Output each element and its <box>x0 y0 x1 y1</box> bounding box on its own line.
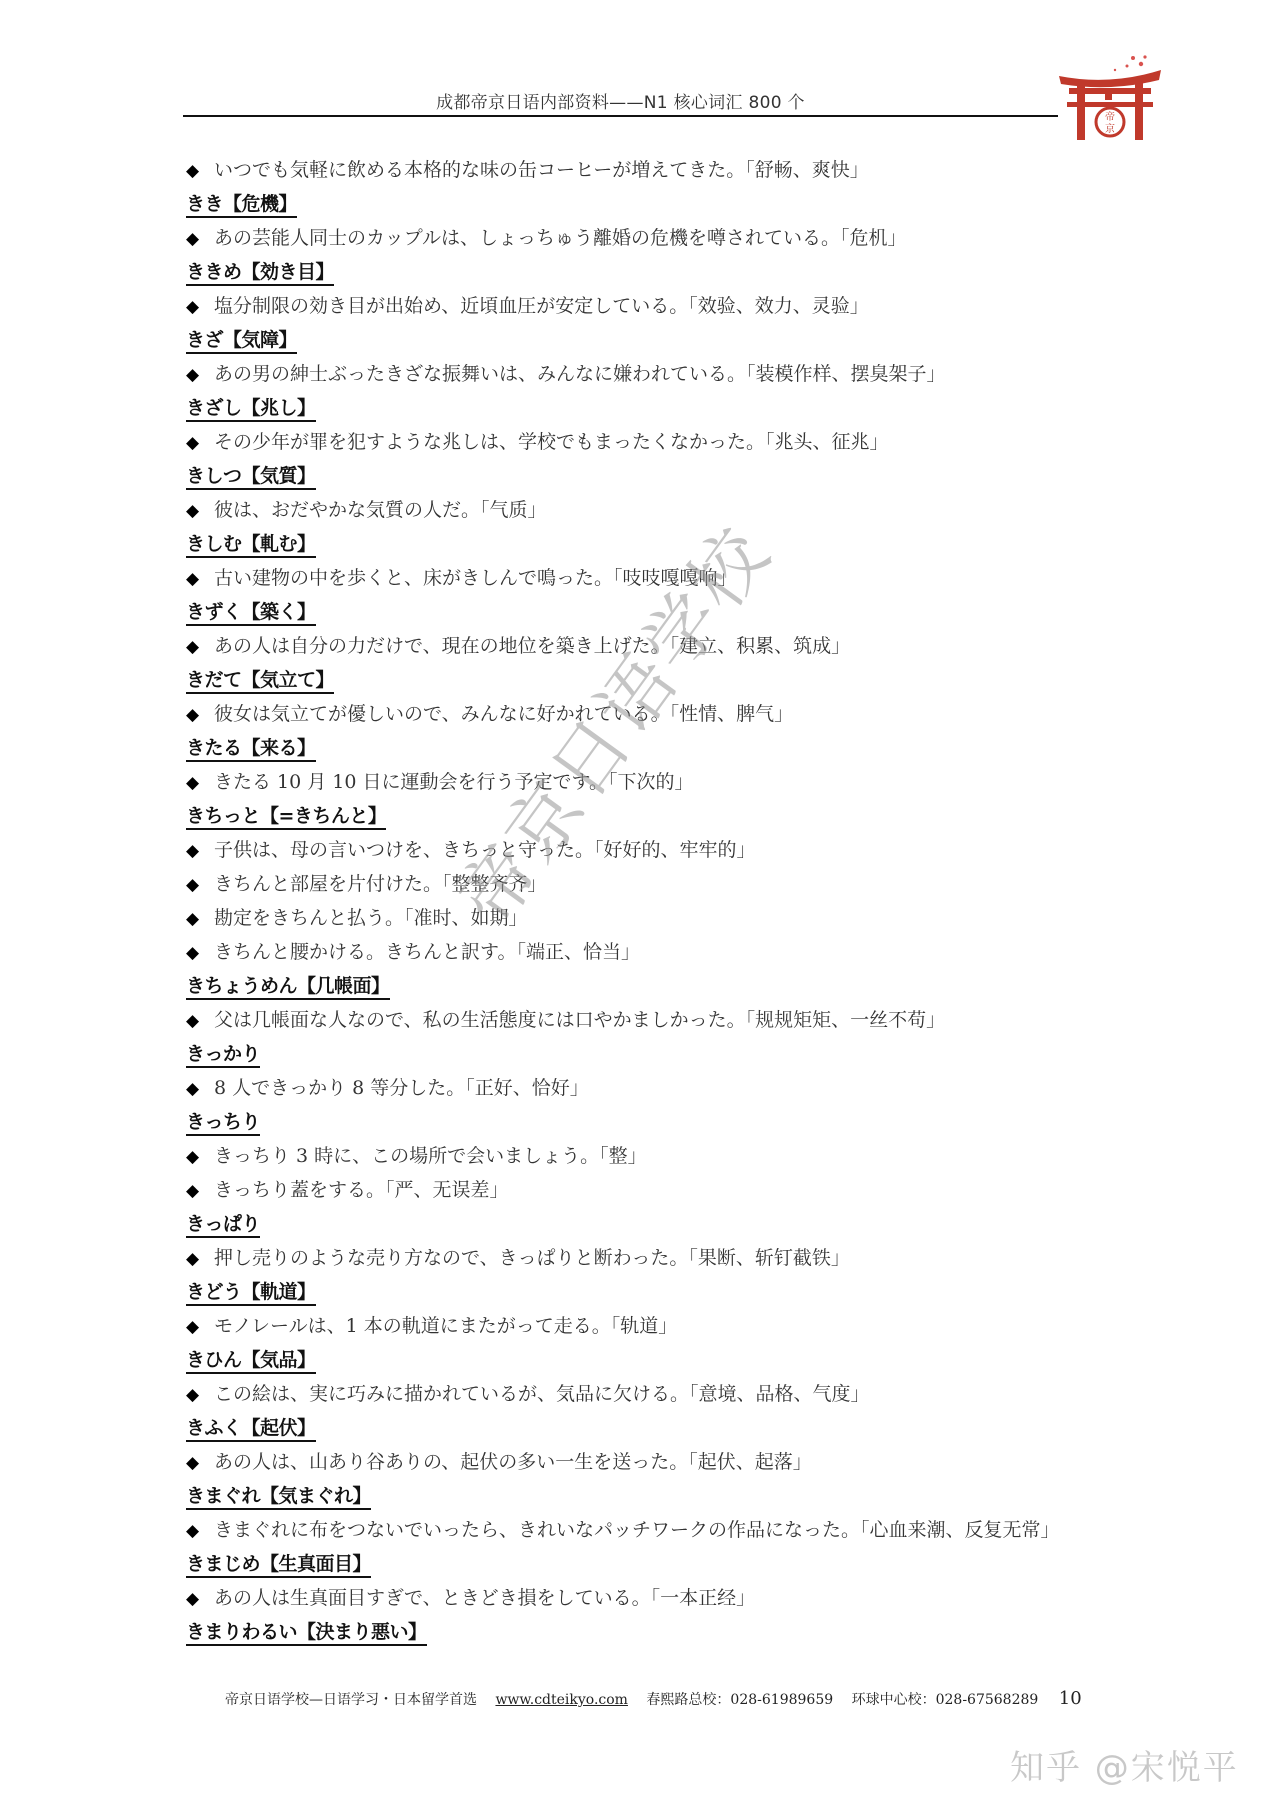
vocabulary-list: ◆いつでも気軽に飲める本格的な味の缶コーヒーが増えてきた。「舒畅、爽快」きき【危… <box>186 153 1126 1649</box>
example-sentence: この絵は、実に巧みに描かれているが、気品に欠ける。「意境、品格、气度」 <box>214 1383 870 1405</box>
vocab-headword: きっかり <box>186 1042 260 1068</box>
diamond-bullet-icon: ◆ <box>186 630 214 664</box>
example-sentence: きちんと部屋を片付けた。「整整齐齐」 <box>214 873 547 895</box>
example-sentence: 彼女は気立てが優しいので、みんなに好かれている。「性情、脾气」 <box>214 703 793 725</box>
page-footer: 帝京日语学校—日语学习・日本留学首选 www.cdteikyo.com 春熙路总… <box>225 1688 1175 1709</box>
example-sentence-row: ◆きっちり 3 時に、この場所で会いましょう。「整」 <box>186 1139 1126 1173</box>
example-sentence: きちんと腰かける。きちんと訳す。「端正、恰当」 <box>214 941 640 963</box>
vocab-headword-row: きふく【起伏】 <box>186 1411 1126 1445</box>
example-sentence-row: ◆きちんと部屋を片付けた。「整整齐齐」 <box>186 867 1126 901</box>
example-sentence-row: ◆あの人は自分の力だけで、現在の地位を築き上げた。「建立、积累、筑成」 <box>186 629 1126 663</box>
vocab-headword-row: きざし【兆し】 <box>186 391 1126 425</box>
example-sentence: あの人は生真面目すぎで、ときどき損をしている。「一本正经」 <box>214 1587 755 1609</box>
footer-school: 帝京日语学校—日语学习・日本留学首选 <box>225 1692 477 1708</box>
diamond-bullet-icon: ◆ <box>186 902 214 936</box>
diamond-bullet-icon: ◆ <box>186 1242 214 1276</box>
example-sentence: 勘定をきちんと払う。「准时、如期」 <box>214 907 528 929</box>
vocab-headword-row: きちょうめん【几帳面】 <box>186 969 1126 1003</box>
example-sentence-row: ◆きまぐれに布をつないでいったら、きれいなパッチワークの作品になった。「心血来潮… <box>186 1513 1126 1547</box>
example-sentence-row: ◆塩分制限の効き目が出始め、近頃血圧が安定している。「效验、效力、灵验」 <box>186 289 1126 323</box>
example-sentence-row: ◆あの人は生真面目すぎで、ときどき損をしている。「一本正经」 <box>186 1581 1126 1615</box>
vocab-headword: きだて【気立て】 <box>186 668 334 694</box>
vocab-headword: きずく【築く】 <box>186 600 316 626</box>
example-sentence-row: ◆あの人は、山あり谷ありの、起伏の多い一生を送った。「起伏、起落」 <box>186 1445 1126 1479</box>
example-sentence: その少年が罪を犯すような兆しは、学校でもまったくなかった。「兆头、征兆」 <box>214 431 889 453</box>
example-sentence: 彼は、おだやかな気質の人だ。「气质」 <box>214 499 547 521</box>
vocab-headword: きどう【軌道】 <box>186 1280 316 1306</box>
vocab-headword: きまりわるい【決まり悪い】 <box>186 1620 427 1646</box>
diamond-bullet-icon: ◆ <box>186 834 214 868</box>
example-sentence-row: ◆あの男の紳士ぶったきざな振舞いは、みんなに嫌われている。「装模作样、摆臭架子」 <box>186 357 1126 391</box>
vocab-headword-row: きひん【気品】 <box>186 1343 1126 1377</box>
diamond-bullet-icon: ◆ <box>186 1378 214 1412</box>
footer-campus-1: 春熙路总校：028-61989659 <box>646 1692 833 1708</box>
vocab-headword: きざ【気障】 <box>186 328 297 354</box>
vocab-headword-row: きずく【築く】 <box>186 595 1126 629</box>
example-sentence-row: ◆きたる 10 月 10 日に運動会を行う予定です。「下次的」 <box>186 765 1126 799</box>
svg-text:帝: 帝 <box>1105 110 1115 123</box>
diamond-bullet-icon: ◆ <box>186 358 214 392</box>
diamond-bullet-icon: ◆ <box>186 290 214 324</box>
zhihu-watermark: 知乎 @宋悦平 <box>1010 1740 1239 1789</box>
diamond-bullet-icon: ◆ <box>186 1514 214 1548</box>
vocab-headword: きちっと【=きちんと】 <box>186 804 386 830</box>
example-sentence: あの人は自分の力だけで、現在の地位を築き上げた。「建立、积累、筑成」 <box>214 635 850 657</box>
diamond-bullet-icon: ◆ <box>186 494 214 528</box>
vocab-headword-row: きまぐれ【気まぐれ】 <box>186 1479 1126 1513</box>
vocab-headword-row: きまじめ【生真面目】 <box>186 1547 1126 1581</box>
example-sentence: きたる 10 月 10 日に運動会を行う予定です。「下次的」 <box>214 771 694 793</box>
example-sentence: きっちり蓋をする。「严、无误差」 <box>214 1179 509 1201</box>
diamond-bullet-icon: ◆ <box>186 1582 214 1616</box>
vocab-headword-row: きっちり <box>186 1105 1126 1139</box>
vocab-headword: ききめ【効き目】 <box>186 260 334 286</box>
vocab-headword: きっちり <box>186 1110 260 1136</box>
example-sentence-row: ◆いつでも気軽に飲める本格的な味の缶コーヒーが増えてきた。「舒畅、爽快」 <box>186 153 1126 187</box>
vocab-headword: きひん【気品】 <box>186 1348 316 1374</box>
vocab-headword: きざし【兆し】 <box>186 396 316 422</box>
diamond-bullet-icon: ◆ <box>186 698 214 732</box>
vocab-headword-row: きざ【気障】 <box>186 323 1126 357</box>
diamond-bullet-icon: ◆ <box>186 1072 214 1106</box>
diamond-bullet-icon: ◆ <box>186 1140 214 1174</box>
diamond-bullet-icon: ◆ <box>186 1310 214 1344</box>
diamond-bullet-icon: ◆ <box>186 562 214 596</box>
teikyo-torii-logo-icon: 帝 京 <box>1055 52 1165 142</box>
vocab-headword-row: きどう【軌道】 <box>186 1275 1126 1309</box>
vocab-headword-row: きしむ【軋む】 <box>186 527 1126 561</box>
example-sentence-row: ◆モノレールは、1 本の軌道にまたがって走る。「轨道」 <box>186 1309 1126 1343</box>
vocab-headword: きちょうめん【几帳面】 <box>186 974 390 1000</box>
vocab-headword-row: きき【危機】 <box>186 187 1126 221</box>
example-sentence: あの男の紳士ぶったきざな振舞いは、みんなに嫌われている。「装模作样、摆臭架子」 <box>214 363 946 385</box>
example-sentence: きまぐれに布をつないでいったら、きれいなパッチワークの作品になった。「心血来潮、… <box>214 1519 1060 1541</box>
vocab-headword: きふく【起伏】 <box>186 1416 316 1442</box>
example-sentence-row: ◆彼女は気立てが優しいので、みんなに好かれている。「性情、脾气」 <box>186 697 1126 731</box>
vocab-headword-row: きたる【来る】 <box>186 731 1126 765</box>
example-sentence: モノレールは、1 本の軌道にまたがって走る。「轨道」 <box>214 1315 677 1337</box>
example-sentence-row: ◆きちんと腰かける。きちんと訳す。「端正、恰当」 <box>186 935 1126 969</box>
example-sentence-row: ◆押し売りのような売り方なので、きっぱりと断わった。「果断、斩钉截铁」 <box>186 1241 1126 1275</box>
example-sentence: 父は几帳面な人なので、私の生活態度には口やかましかった。「规规矩矩、一丝不苟」 <box>214 1009 945 1031</box>
page-number: 10 <box>1059 1688 1082 1709</box>
vocab-headword: きたる【来る】 <box>186 736 316 762</box>
example-sentence-row: ◆この絵は、実に巧みに描かれているが、気品に欠ける。「意境、品格、气度」 <box>186 1377 1126 1411</box>
vocab-headword: きき【危機】 <box>186 192 297 218</box>
diamond-bullet-icon: ◆ <box>186 426 214 460</box>
footer-campus-2: 环球中心校：028-67568289 <box>852 1692 1039 1708</box>
svg-text:京: 京 <box>1105 122 1115 135</box>
vocab-headword: きまぐれ【気まぐれ】 <box>186 1484 371 1510</box>
vocab-headword-row: ききめ【効き目】 <box>186 255 1126 289</box>
footer-website-link[interactable]: www.cdteikyo.com <box>495 1692 628 1708</box>
vocab-headword-row: きっかり <box>186 1037 1126 1071</box>
example-sentence: 押し売りのような売り方なので、きっぱりと断わった。「果断、斩钉截铁」 <box>214 1247 850 1269</box>
example-sentence-row: ◆彼は、おだやかな気質の人だ。「气质」 <box>186 493 1126 527</box>
diamond-bullet-icon: ◆ <box>186 1004 214 1038</box>
vocab-headword-row: きしつ【気質】 <box>186 459 1126 493</box>
diamond-bullet-icon: ◆ <box>186 154 214 188</box>
diamond-bullet-icon: ◆ <box>186 766 214 800</box>
vocab-headword-row: きだて【気立て】 <box>186 663 1126 697</box>
vocab-headword: きしつ【気質】 <box>186 464 316 490</box>
example-sentence: 子供は、母の言いつけを、きちっと守った。「好好的、牢牢的」 <box>214 839 756 861</box>
example-sentence: 8 人できっかり 8 等分した。「正好、恰好」 <box>214 1077 589 1099</box>
vocab-headword-row: きっぱり <box>186 1207 1126 1241</box>
vocab-headword-row: きまりわるい【決まり悪い】 <box>186 1615 1126 1649</box>
diamond-bullet-icon: ◆ <box>186 936 214 970</box>
header-title: 成都帝京日语内部资料——N1 核心词汇 800 个 <box>183 88 1058 113</box>
diamond-bullet-icon: ◆ <box>186 222 214 256</box>
example-sentence-row: ◆父は几帳面な人なので、私の生活態度には口やかましかった。「规规矩矩、一丝不苟」 <box>186 1003 1126 1037</box>
example-sentence-row: ◆8 人できっかり 8 等分した。「正好、恰好」 <box>186 1071 1126 1105</box>
vocab-headword: きまじめ【生真面目】 <box>186 1552 371 1578</box>
example-sentence: いつでも気軽に飲める本格的な味の缶コーヒーが増えてきた。「舒畅、爽快」 <box>214 159 869 181</box>
vocab-headword: きしむ【軋む】 <box>186 532 316 558</box>
example-sentence-row: ◆きっちり蓋をする。「严、无误差」 <box>186 1173 1126 1207</box>
page-header: 成都帝京日语内部资料——N1 核心词汇 800 个 <box>183 82 1058 118</box>
example-sentence-row: ◆子供は、母の言いつけを、きちっと守った。「好好的、牢牢的」 <box>186 833 1126 867</box>
example-sentence-row: ◆古い建物の中を歩くと、床がきしんで鳴った。「吱吱嘎嘎响」 <box>186 561 1126 595</box>
diamond-bullet-icon: ◆ <box>186 868 214 902</box>
example-sentence-row: ◆その少年が罪を犯すような兆しは、学校でもまったくなかった。「兆头、征兆」 <box>186 425 1126 459</box>
example-sentence: きっちり 3 時に、この場所で会いましょう。「整」 <box>214 1145 647 1167</box>
diamond-bullet-icon: ◆ <box>186 1174 214 1208</box>
vocab-headword: きっぱり <box>186 1212 260 1238</box>
vocab-headword-row: きちっと【=きちんと】 <box>186 799 1126 833</box>
header-divider <box>183 115 1058 117</box>
diamond-bullet-icon: ◆ <box>186 1446 214 1480</box>
example-sentence-row: ◆勘定をきちんと払う。「准时、如期」 <box>186 901 1126 935</box>
example-sentence: あの芸能人同士のカップルは、しょっちゅう離婚の危機を噂されている。「危机」 <box>214 227 907 249</box>
example-sentence: あの人は、山あり谷ありの、起伏の多い一生を送った。「起伏、起落」 <box>214 1451 812 1473</box>
example-sentence: 古い建物の中を歩くと、床がきしんで鳴った。「吱吱嘎嘎响」 <box>214 567 737 589</box>
example-sentence: 塩分制限の効き目が出始め、近頃血圧が安定している。「效验、效力、灵验」 <box>214 295 869 317</box>
example-sentence-row: ◆あの芸能人同士のカップルは、しょっちゅう離婚の危機を噂されている。「危机」 <box>186 221 1126 255</box>
